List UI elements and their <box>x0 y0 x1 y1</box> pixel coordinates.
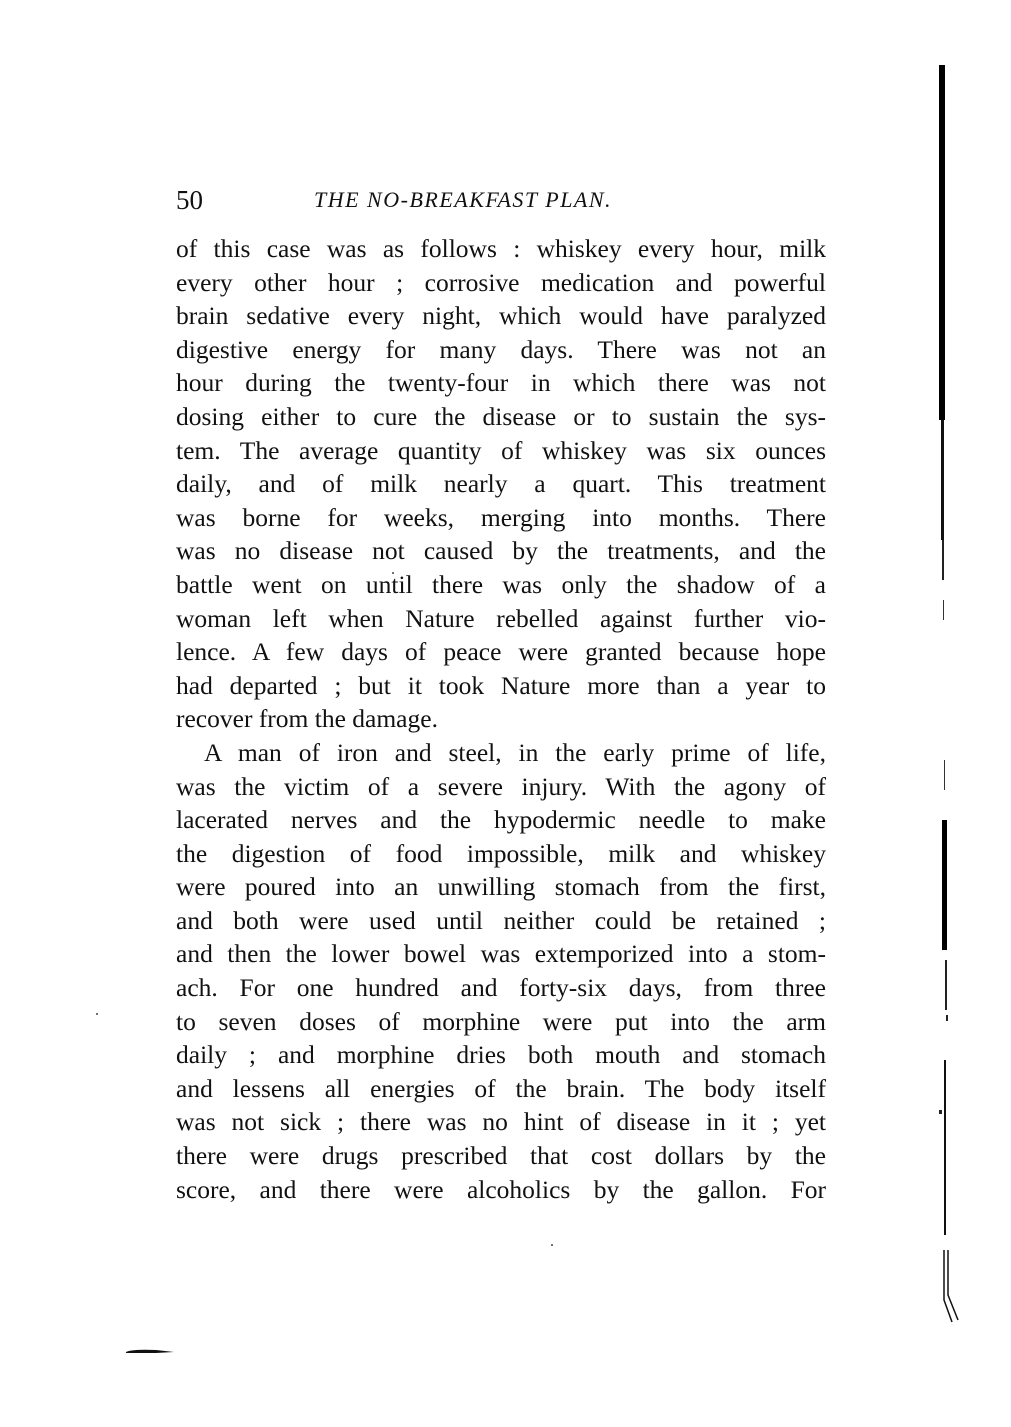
text-line: recover from the damage. <box>176 702 826 736</box>
text-line: hour during the twenty-four in which the… <box>176 366 826 400</box>
bottom-scan-mark <box>126 1348 174 1354</box>
book-page: 50 THE NO-BREAKFAST PLAN. of this case w… <box>0 0 1011 1427</box>
text-line: and lessens all energies of the brain. T… <box>176 1072 826 1106</box>
text-line: tem. The average quantity of whiskey was… <box>176 434 826 468</box>
text-line: were poured into an unwilling stomach fr… <box>176 870 826 904</box>
text-line: score, and there were alcoholics by the … <box>176 1173 826 1207</box>
text-line: daily, and of milk nearly a quart. This … <box>176 467 826 501</box>
text-line: ach. For one hundred and forty-six days,… <box>176 971 826 1005</box>
body-text: of this case was as follows : whiskey ev… <box>176 232 826 1206</box>
text-line: the digestion of food impossible, milk a… <box>176 837 826 871</box>
text-line: was not sick ; there was no hint of dise… <box>176 1105 826 1139</box>
text-line: woman left when Nature rebelled against … <box>176 602 826 636</box>
text-line: was no disease not caused by the treatme… <box>176 534 826 568</box>
text-line: A man of iron and steel, in the early pr… <box>176 736 826 770</box>
text-line: dosing either to cure the disease or to … <box>176 400 826 434</box>
text-line: every other hour ; corrosive medication … <box>176 266 826 300</box>
page-number: 50 <box>176 183 203 217</box>
scan-edge-artifact <box>936 60 996 1420</box>
text-line: battle went on until there was only the … <box>176 568 826 602</box>
text-line: was borne for weeks, merging into months… <box>176 501 826 535</box>
text-line: daily ; and morphine dries both mouth an… <box>176 1038 826 1072</box>
text-line: there were drugs prescribed that cost do… <box>176 1139 826 1173</box>
running-title: THE NO-BREAKFAST PLAN. <box>314 185 612 215</box>
text-line: of this case was as follows : whiskey ev… <box>176 232 826 266</box>
paragraph-1: of this case was as follows : whiskey ev… <box>176 232 826 736</box>
text-line: digestive energy for many days. There wa… <box>176 333 826 367</box>
scan-speck <box>96 1013 98 1015</box>
text-line: and both were used until neither could b… <box>176 904 826 938</box>
text-line: had departed ; but it took Nature more t… <box>176 669 826 703</box>
text-line: lacerated nerves and the hypodermic need… <box>176 803 826 837</box>
paragraph-2: A man of iron and steel, in the early pr… <box>176 736 826 1206</box>
running-header: 50 THE NO-BREAKFAST PLAN. <box>176 183 836 217</box>
text-line: to seven doses of morphine were put into… <box>176 1005 826 1039</box>
scan-speck <box>392 572 394 574</box>
scan-speck <box>551 1244 553 1246</box>
text-line: lence. A few days of peace were granted … <box>176 635 826 669</box>
text-line: brain sedative every night, which would … <box>176 299 826 333</box>
text-line: was the victim of a severe injury. With … <box>176 770 826 804</box>
text-line: and then the lower bowel was extemporize… <box>176 937 826 971</box>
